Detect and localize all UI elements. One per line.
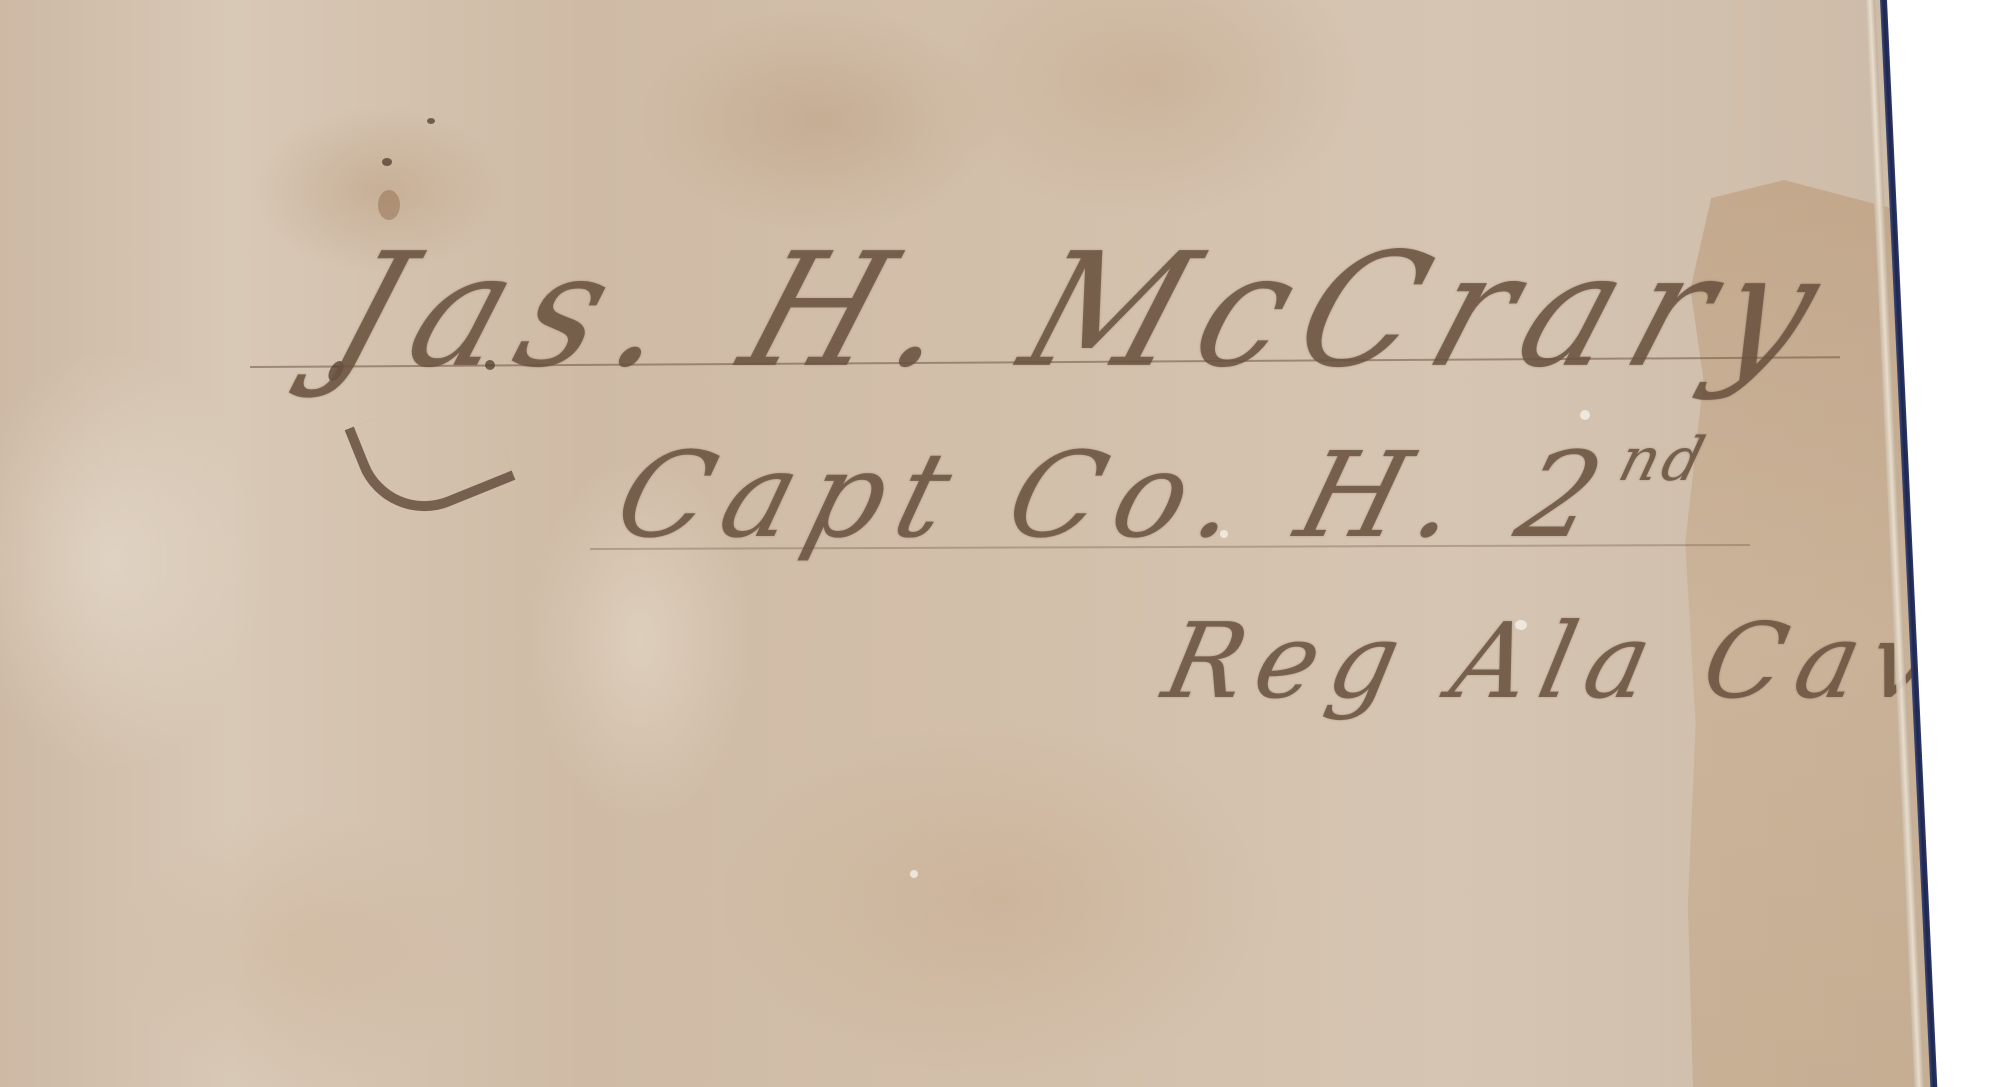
inscription-line-name: Jas. H. McCrary xyxy=(311,220,1858,403)
paper-speck xyxy=(1580,410,1590,420)
photo-canvas: Jas. H. McCrary Capt Co. H. 2nd Reg Ala … xyxy=(0,0,2000,1087)
inscription-line-rank: Capt Co. H. 2nd xyxy=(603,425,1716,564)
inscription-line-rank-text: Capt Co. H. 2 xyxy=(603,426,1630,564)
aged-paper-sheet: Jas. H. McCrary Capt Co. H. 2nd Reg Ala … xyxy=(0,0,1935,1087)
ink-speck xyxy=(382,158,392,166)
ink-speck xyxy=(427,118,435,124)
inscription-line-regiment: Reg Ala Cav xyxy=(1154,600,1955,722)
ink-blot xyxy=(378,190,400,220)
paper-speck xyxy=(910,870,918,878)
